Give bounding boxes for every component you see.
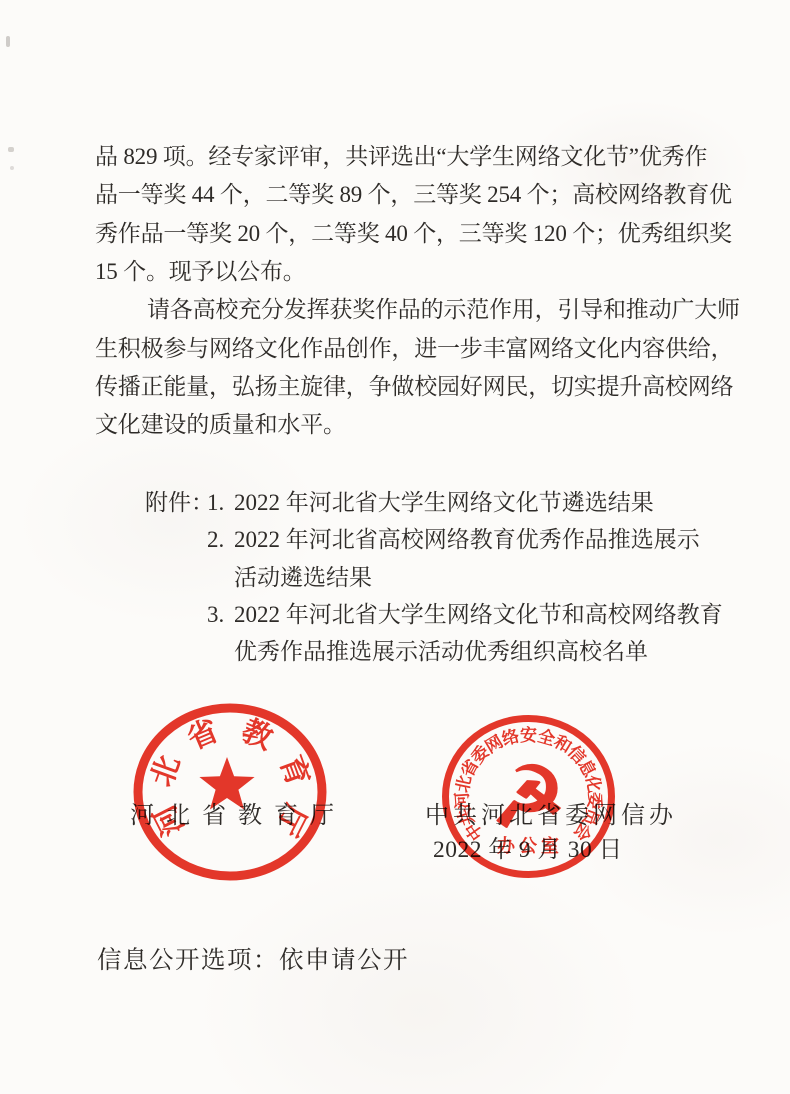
body-line: 请各高校充分发挥获奖作品的示范作用，引导和推动广大师 xyxy=(95,291,735,329)
document-body: 品 829 项。经专家评审，共评选出“大学生网络文化节”优秀作 品一等奖 44 … xyxy=(95,138,735,445)
attachment-line: 2022 年河北省大学生网络文化节遴选结果 xyxy=(234,484,654,521)
attachments-section: 附件： 1. 2022 年河北省大学生网络文化节遴选结果 2. 2022 年河北… xyxy=(145,484,723,670)
scan-artifact xyxy=(10,166,14,170)
document-page: 品 829 项。经专家评审，共评选出“大学生网络文化节”优秀作 品一等奖 44 … xyxy=(0,0,790,1094)
body-line: 品 829 项。经专家评审，共评选出“大学生网络文化节”优秀作 xyxy=(95,138,735,176)
seal-hebei-cyberspace-office: ☭ 中 共 河 北 省 委 网 络 安 全 和 信 息 化 委 员 会 办公室 xyxy=(442,715,615,878)
attachment-line: 2022 年河北省大学生网络文化节和高校网络教育 xyxy=(234,596,723,633)
attachment-number: 2. xyxy=(207,521,234,558)
seal-ring-char: 北 xyxy=(145,751,186,790)
star-icon xyxy=(199,757,254,810)
body-line: 文化建设的质量和水平。 xyxy=(95,406,735,444)
body-line: 生积极参与网络文化作品创作，进一步丰富网络文化内容供给， xyxy=(95,330,735,368)
attachments-label: 附件： xyxy=(145,484,207,521)
attachment-line: 活动遴选结果 xyxy=(234,559,700,596)
body-line: 15 个。现予以公布。 xyxy=(95,253,735,291)
attachment-number: 1. xyxy=(207,484,234,521)
scan-artifact xyxy=(6,36,10,47)
attachment-item: 3. 2022 年河北省大学生网络文化节和高校网络教育 优秀作品推选展示活动优秀… xyxy=(207,596,723,671)
attachment-item: 2. 2022 年河北省高校网络教育优秀作品推选展示 活动遴选结果 xyxy=(207,521,723,596)
attachment-item: 附件： 1. 2022 年河北省大学生网络文化节遴选结果 xyxy=(145,484,723,521)
seal-hebei-education-department: 河 北 省 教 育 厅 xyxy=(133,703,327,881)
hammer-sickle-icon: ☭ xyxy=(491,753,566,846)
attachment-line: 2022 年河北省高校网络教育优秀作品推选展示 xyxy=(234,521,700,558)
attachment-number: 3. xyxy=(207,596,234,633)
body-line: 品一等奖 44 个，二等奖 89 个，三等奖 254 个；高校网络教育优 xyxy=(95,176,735,214)
body-line: 传播正能量，弘扬主旋律，争做校园好网民，切实提升高校网络 xyxy=(95,368,735,406)
body-line: 秀作品一等奖 20 个，二等奖 40 个，三等奖 120 个；优秀组织奖 xyxy=(95,215,735,253)
seal-ring-char: 安 xyxy=(520,725,537,745)
seal-office-label: 办公室 xyxy=(497,835,563,856)
scan-artifact xyxy=(8,147,14,152)
disclosure-option: 信息公开选项：依申请公开 xyxy=(97,941,409,976)
attachment-line: 优秀作品推选展示活动优秀组织高校名单 xyxy=(234,633,723,670)
